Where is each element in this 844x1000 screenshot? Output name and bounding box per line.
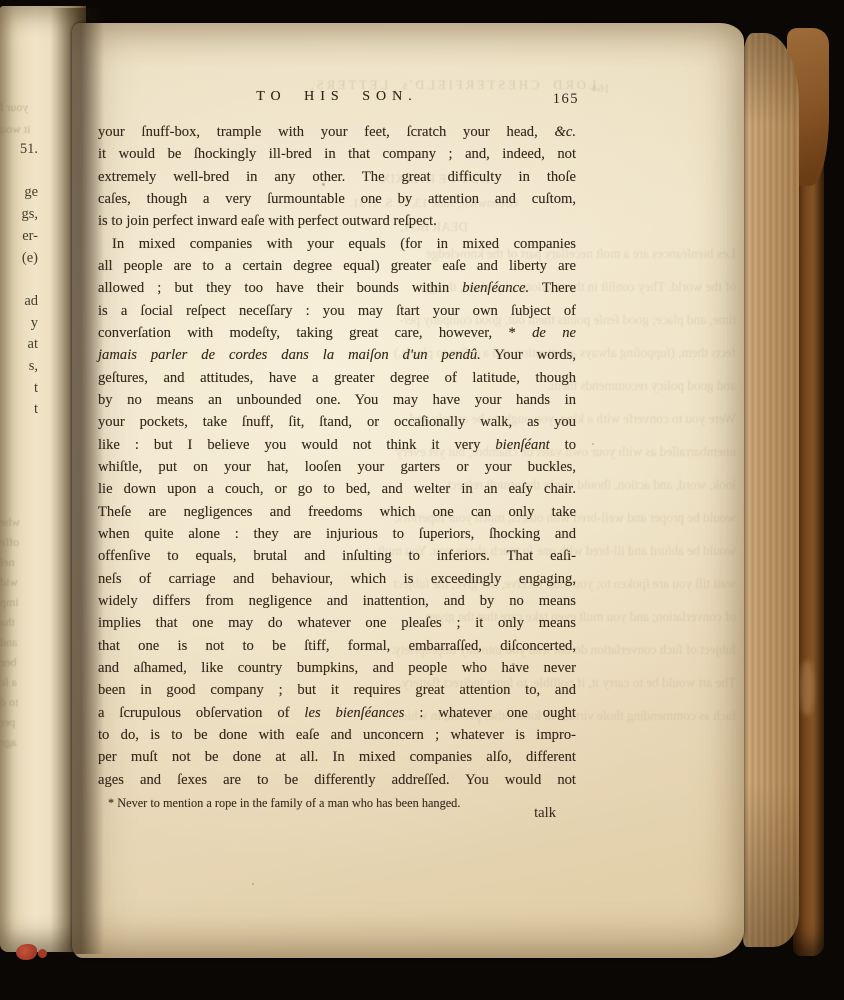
left-page-ghost-fragment: to d: [0, 695, 40, 710]
book-page: LORD CHESTERFIELD's LETTERS. 164 L E T T…: [72, 23, 744, 958]
left-page-text-fragment: y: [2, 315, 38, 332]
left-page-text-fragment: ge: [2, 184, 38, 201]
body-line: offenſive to equals, brutal and inſultin…: [98, 545, 576, 567]
body-line: a ſcrupulous obſervation of les bienſéan…: [98, 702, 576, 724]
body-line: it would be ſhockingly ill-bred in that …: [98, 143, 576, 165]
left-page-text-fragment: t: [2, 380, 38, 397]
left-page-text-fragment: 51.: [2, 141, 38, 158]
left-page-text-fragment: t: [2, 401, 38, 418]
body-line: been in good company ; but it requires g…: [98, 679, 576, 701]
body-line: that one is not to be ſtiff, formal, emb…: [98, 635, 576, 657]
body-line: like : but I believe you would not think…: [98, 434, 576, 456]
left-page-ghost-fragment: it wou: [0, 122, 40, 137]
red-bookmark-mark: [16, 944, 37, 960]
body-line: In mixed companies with your equals (for…: [98, 233, 576, 255]
body-line: all people are to a certain degree equal…: [98, 255, 576, 277]
body-line: by no means an unbounded one. You may ha…: [98, 389, 576, 411]
body-line: converſation with modeſty, taking great …: [98, 322, 576, 344]
body-text: your ſnuff-box, trample with your feet, …: [98, 121, 576, 812]
left-page-ghost-fragment: whe: [0, 515, 40, 530]
body-line: lie down upon a couch, or go to bed, and…: [98, 478, 576, 500]
left-page-text-fragment: gs,: [2, 206, 38, 223]
body-line: implies that one may do whatever one ple…: [98, 612, 576, 634]
page-header: TO HIS SON. 165: [98, 89, 576, 113]
body-line: and aſhamed, like country bumpkins, and …: [98, 657, 576, 679]
left-page-ghost-fragment: imp: [0, 595, 40, 610]
left-page-text-fragment: s,: [2, 358, 38, 375]
left-page-text-fragment: er-: [2, 228, 38, 245]
body-line: geſtures, and attitudes, have a greater …: [98, 367, 576, 389]
body-line: is to join perfect inward eaſe with perf…: [98, 210, 576, 232]
body-line: extremely well-bred in any other. The gr…: [98, 166, 576, 188]
body-line: Theſe are negligences and freedoms which…: [98, 501, 576, 523]
footnote-text: Never to mention a rope in the family of…: [114, 796, 460, 810]
red-bookmark-mark-small: [38, 949, 47, 958]
body-line: when quite alone : they are injurious to…: [98, 523, 576, 545]
body-line: whiſtle, put on your hat, looſen your ga…: [98, 456, 576, 478]
book-photo-scene: 51.gegs,er-(e)adyats,ttyour ſit wouwheof…: [0, 0, 844, 1000]
leather-stain: [800, 660, 814, 716]
body-line: widely differs from negligence and inatt…: [98, 590, 576, 612]
body-line: to do, is to be done with eaſe and uncon…: [98, 724, 576, 746]
body-line: is a ſocial reſpect neceſſary : you may …: [98, 300, 576, 322]
body-line: neſs of carriage and behaviour, which is…: [98, 568, 576, 590]
left-page-ghost-fragment: offe: [0, 535, 40, 550]
left-page-ghost-fragment: wid: [0, 575, 40, 590]
left-page-ghost-fragment: age: [0, 735, 40, 750]
body-line: per muſt not be done at all. In mixed co…: [98, 746, 576, 768]
fore-edge-page-block: [743, 33, 799, 947]
left-page-ghost-fragment: a ſc: [0, 675, 40, 690]
body-line: allowed ; but they too have their bounds…: [98, 277, 576, 299]
left-page-text-fragment: ad: [2, 293, 38, 310]
left-page-ghost-fragment: per: [0, 715, 40, 730]
left-page-ghost-fragment: bee: [0, 655, 40, 670]
left-page-text-fragment: (e): [2, 250, 38, 267]
body-line: your ſnuff-box, trample with your feet, …: [98, 121, 576, 143]
body-line: jamais parler de cordes dans la maiſon d…: [98, 344, 576, 366]
running-header: TO HIS SON.: [98, 89, 576, 105]
left-page-ghost-fragment: tha: [0, 615, 40, 630]
paper-speck: [592, 443, 594, 445]
body-line: your pockets, take ſnuff, ſit, ſtand, or…: [98, 411, 576, 433]
body-line: ages and ſexes are to be differently add…: [98, 769, 576, 791]
page-number: 165: [553, 91, 579, 108]
paper-speck: [252, 883, 254, 885]
left-page-text-fragment: at: [2, 336, 38, 353]
body-line: caſes, though a very ſurmountable one by…: [98, 188, 576, 210]
left-page-ghost-fragment: your ſ: [0, 100, 40, 115]
catchword: talk: [452, 805, 556, 822]
left-page-ghost-fragment: neſ: [0, 555, 40, 570]
left-page-ghost-fragment: and: [0, 635, 40, 650]
